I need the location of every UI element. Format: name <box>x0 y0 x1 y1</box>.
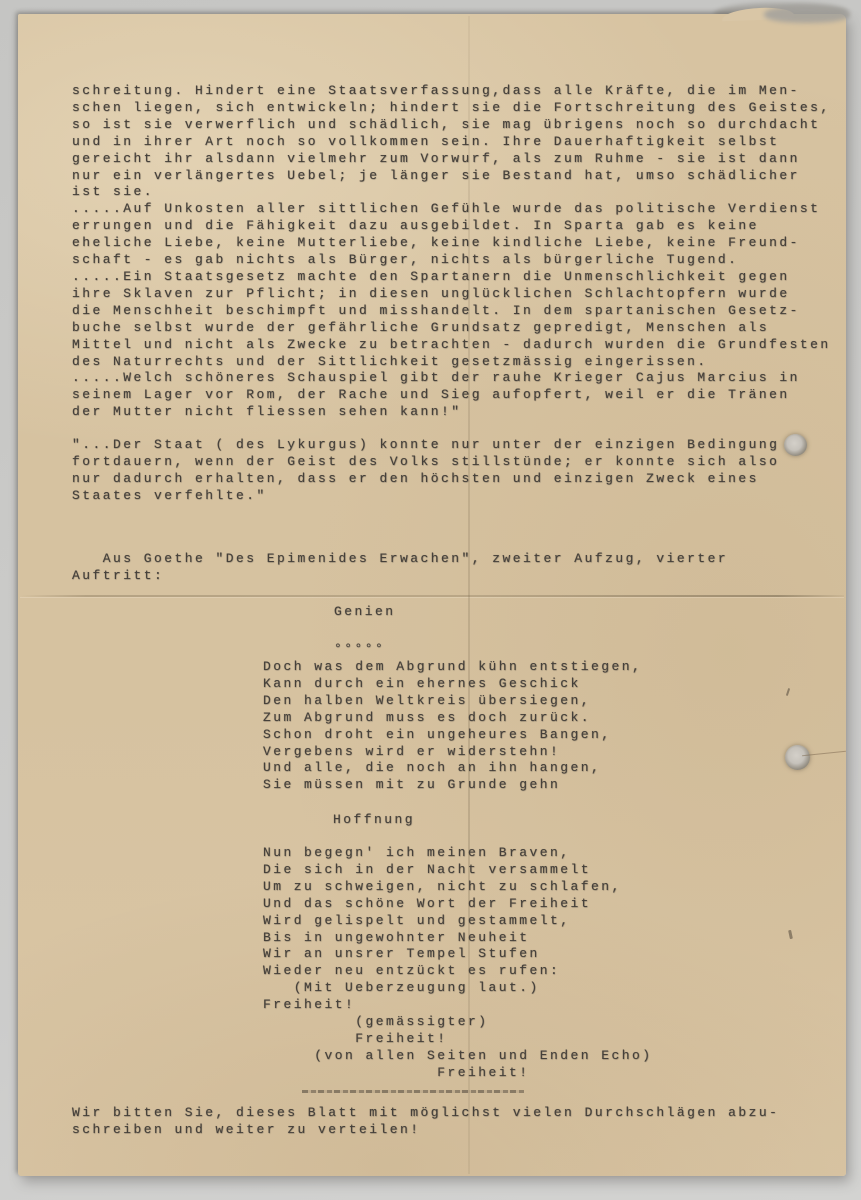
hoffnung-verse: Nun begegn' ich meinen Braven, Die sich … <box>263 845 653 1082</box>
closing-appeal-text: Wir bitten Sie, dieses Blatt mit möglich… <box>72 1105 779 1139</box>
genien-verse: Doch was dem Abgrund kühn entstiegen, Ka… <box>263 659 642 794</box>
hoffnung-heading: Hoffnung <box>333 812 415 829</box>
dots-separator: °°°°° <box>334 641 385 658</box>
lykurgus-quote-text: "...Der Staat ( des Lykurgus) konnte nur… <box>72 437 779 505</box>
genien-heading: Genien <box>334 604 396 621</box>
schiller-excerpt-text: schreitung. Hindert eine Staatsverfassun… <box>72 83 831 421</box>
typed-divider-line <box>302 1090 524 1093</box>
goethe-source-line: Aus Goethe "Des Epimenides Erwachen", zw… <box>72 551 728 585</box>
punch-hole-bottom <box>785 745 810 770</box>
punch-hole-top <box>784 434 807 456</box>
folded-corner-shade <box>764 6 850 23</box>
horizontal-fold-crease <box>20 595 844 597</box>
scan-background: schreitung. Hindert eine Staatsverfassun… <box>0 0 861 1200</box>
